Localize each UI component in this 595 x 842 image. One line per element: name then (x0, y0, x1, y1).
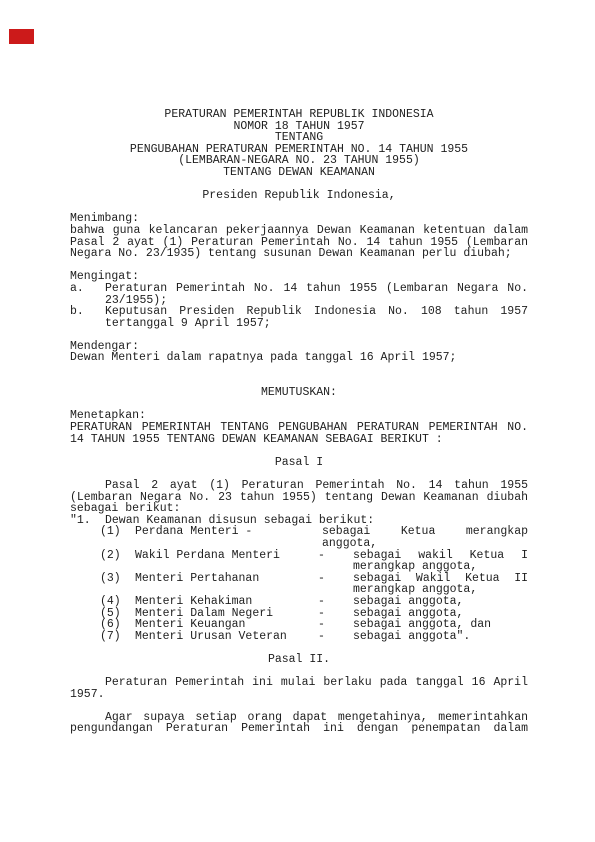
member-row: (4) Menteri Kehakiman - sebagai anggota, (70, 596, 528, 608)
dash-separator: - (318, 619, 353, 631)
menetapkan-body: PERATURAN PEMERINTAH TENTANG PENGUBAHAN … (70, 422, 528, 445)
member-number: (3) (100, 573, 135, 585)
member-row: (2) Wakil Perdana Menteri - sebagai waki… (70, 550, 528, 573)
pasal-1-intro: Pasal 2 ayat (1) Peraturan Pemerintah No… (70, 480, 528, 515)
title-line: TENTANG DEWAN KEAMANAN (70, 167, 528, 179)
member-name: Menteri Urusan Veteran (135, 631, 318, 643)
item-marker: b. (70, 306, 105, 318)
red-stamp-mark (9, 29, 34, 44)
pasal-1-heading: Pasal I (70, 457, 528, 469)
regulation-document: PERATURAN PEMERINTAH REPUBLIK INDONESIA … (70, 109, 528, 735)
member-name: Menteri Pertahanan (135, 573, 318, 585)
mengingat-item-a: a. Peraturan Pemerintah No. 14 tahun 195… (70, 283, 528, 306)
member-role: sebagai anggota, dan (353, 619, 528, 631)
pasal-2-para-1: Peraturan Pemerintah ini mulai berlaku p… (70, 677, 528, 700)
title-line: PERATURAN PEMERINTAH REPUBLIK INDONESIA (70, 109, 528, 121)
member-row: (7) Menteri Urusan Veteran - sebagai ang… (70, 631, 528, 643)
mendengar-body: Dewan Menteri dalam rapatnya pada tangga… (70, 352, 528, 364)
menimbang-body: bahwa guna kelancaran pekerjaannya Dewan… (70, 225, 528, 260)
member-row: (3) Menteri Pertahanan - sebagai Wakil K… (70, 573, 528, 596)
pasal-2-para-2: Agar supaya setiap orang dapat mengetahi… (70, 712, 528, 735)
item-text: Keputusan Presiden Republik Indonesia No… (105, 306, 528, 329)
member-number: (7) (100, 631, 135, 643)
mengingat-item-b: b. Keputusan Presiden Republik Indonesia… (70, 306, 528, 329)
member-row: (1) Perdana Menteri - sebagai Ketua mera… (70, 526, 528, 549)
member-number: (2) (100, 550, 135, 562)
member-number: (1) (100, 526, 135, 538)
item-marker: a. (70, 283, 105, 295)
member-role: sebagai anggota". (353, 631, 528, 643)
member-role: sebagai Wakil Ketua II merangkap anggota… (353, 573, 528, 596)
dash-separator: - (318, 596, 353, 608)
member-name: Perdana Menteri - (135, 526, 322, 538)
member-number: (4) (100, 596, 135, 608)
member-role: sebagai wakil Ketua I merangkap anggota, (353, 550, 528, 573)
member-row: (6) Menteri Keuangan - sebagai anggota, … (70, 619, 528, 631)
member-number: (6) (100, 619, 135, 631)
member-name: Wakil Perdana Menteri (135, 550, 318, 562)
salutation: Presiden Republik Indonesia, (70, 190, 528, 202)
memutuskan-heading: MEMUTUSKAN: (70, 387, 528, 399)
member-name: Menteri Kehakiman (135, 596, 318, 608)
dash-separator: - (318, 573, 353, 585)
member-role: sebagai Ketua merangkap anggota, (322, 526, 528, 549)
item-text: Peraturan Pemerintah No. 14 tahun 1955 (… (105, 283, 528, 306)
member-name: Menteri Keuangan (135, 619, 318, 631)
dash-separator: - (318, 631, 353, 643)
member-role: sebagai anggota, (353, 596, 528, 608)
pasal-2-heading: Pasal II. (70, 654, 528, 666)
dash-separator: - (318, 550, 353, 562)
document-page: { "document": { "stamp_color": "#cc1a1a"… (0, 0, 595, 842)
